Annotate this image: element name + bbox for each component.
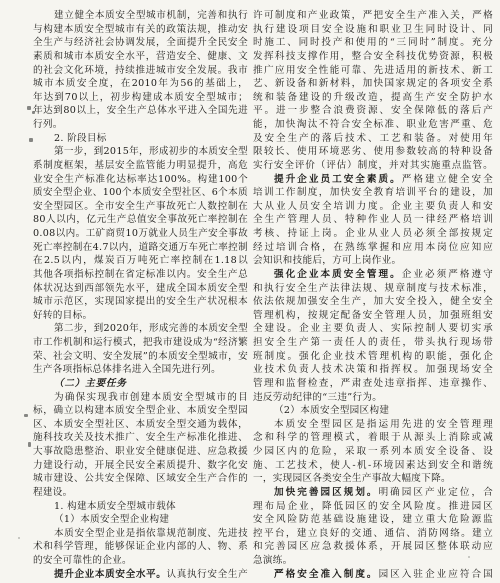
scan-speck: [18, 537, 20, 539]
text-line: 第二步，到2020年，形成完善的本质安全型城: [33, 322, 248, 336]
text-line: 生产各项指标总体排名进入全国先进行列。: [33, 363, 248, 377]
text-line: （1）本质安全型企业构建: [33, 513, 248, 527]
text-line: 2. 阶段目标: [33, 132, 248, 146]
text-line: 行列。: [33, 118, 248, 132]
text-line: 系制度框架，基层安全监管能力明显提升，高危行: [33, 159, 248, 173]
text-line: 标，确立以构建本质安全型企业、本质安全型园: [33, 404, 248, 418]
text-line: 年达到70以上，初步构建成本质安全型城市；2020: [33, 91, 248, 105]
right-text-column: 许可制度和产业政策，严把安全生产准入关，严格执行建设项目安全设施和职业卫生同时设…: [253, 9, 493, 581]
text-line: 本质安全型园区是指运用先进的安全管理理: [253, 418, 493, 432]
text-line: 和完善园区应急救援体系，开展园区整体联动应: [253, 540, 493, 554]
text-line: 发挥科技支撑作用，整合安全科技优势资源，积极: [253, 50, 493, 64]
scan-speck: [24, 414, 28, 417]
text-line: 质安全型企业、100个本质安全型社区、6个本质: [33, 186, 248, 200]
scan-speck: [29, 138, 33, 142]
text-line: 施、工艺技术，使人-机-环境因素达到安全和谐统: [253, 459, 493, 473]
text-line: 力建设行动，开展全民安全素质提升、数字化安全: [33, 459, 248, 473]
text-line: 管理和监督检查，严肃查处违章指挥、违章操作、: [253, 377, 493, 391]
text-line: 违反劳动纪律的“三违”行为。: [253, 391, 493, 405]
text-line: 许可制度和产业政策，严把安全生产准入关，严格: [253, 9, 493, 23]
scanned-document-page: 建立健全本质安全型城市机制，完善和执行与构建本质安全型城市有关的政策法规，推动安…: [0, 0, 500, 583]
text-line: 实行安全评价（评估）制度，并对其实施重点监管。: [253, 159, 493, 173]
text-line: 全生产管理人员、特种作业人员一律经严格培训: [253, 213, 493, 227]
text-line: 城市本质安全度，在2010年为56的基础上，2015: [33, 77, 248, 91]
text-line: 80人以内，亿元生产总值安全事故死亡率控制在: [33, 213, 248, 227]
text-line: 施科技攻关及技术推广、安全生产标准化推进、重: [33, 431, 248, 445]
text-line: 在2.5以内，煤炭百万吨死亡率控制在1.18以内，: [33, 254, 248, 268]
text-line: 大从业人员安全培训力度。企业主要负责人和安: [253, 200, 493, 214]
text-line: 执行建设项目安全设施和职业卫生同时设计、同: [253, 23, 493, 37]
text-line: 本质安全型企业是指依靠规范制度、先进技: [33, 527, 248, 541]
scan-speck: [28, 442, 31, 447]
text-line: 全建设。企业主要负责人、实际控制人要切实承: [253, 322, 493, 336]
text-line: 体状况达到西部领先水平，建成全国本质安全型: [33, 282, 248, 296]
text-line: 急演练。: [253, 554, 493, 568]
text-line: 的安全可靠性的企业。: [33, 554, 248, 568]
text-line: 和执行安全生产法律法规、规章制度与技术标准，: [253, 282, 493, 296]
text-line: 强化企业本质安全管理。企业必须严格遵守: [253, 268, 493, 282]
text-line: 素质和城市本质安全水平，营造安全、健康、文明: [33, 50, 248, 64]
text-line: 担安全生产第一责任人的责任，带头执行现场带: [253, 336, 493, 350]
text-line: 念和科学的管理模式，着眼于从源头上消除或减: [253, 431, 493, 445]
text-line: 业技术负责人技术决策和指挥权。加强现场安全: [253, 363, 493, 377]
text-line: 市工作机制和运行模式，把我市建设成为“经济繁: [33, 336, 248, 350]
scan-speck: [27, 106, 31, 110]
text-line: 提升企业员工安全素质。严格建立健全安全: [253, 173, 493, 187]
text-line: 其他各项指标控制在省定标准以内。安全生产总: [33, 268, 248, 282]
text-line: 经过培训合格，在熟练掌握和应用本岗位应知应: [253, 241, 493, 255]
text-line: 荣、社会文明、安全发展”的本质安全型城市，安全: [33, 350, 248, 364]
scan-speck: [32, 111, 35, 114]
text-line: 时施工、同时投产和使用的“三同时”制度。充分: [253, 36, 493, 50]
text-line: 班制度。强化企业技术管理机构的职能，强化企: [253, 350, 493, 364]
text-line: 大事故隐患整治、职业安全健康促进、应急救援能: [33, 445, 248, 459]
text-line: 依法依规加强安全生产，加大安全投入，健全安全: [253, 295, 493, 309]
text-line: 少园区内的危险，采取一系列本质安全设备、设: [253, 445, 493, 459]
text-line: 提升企业本质安全水平。认真执行安全生产: [33, 568, 248, 582]
text-line: 艺、新设备和新材料，加快国家规定的各项安全系: [253, 77, 493, 91]
text-line: 城市建设、公共安全保障、区域安全生产合作的工: [33, 472, 248, 486]
text-line: 为确保实现我市创建本质安全型城市的目: [33, 391, 248, 405]
text-line: 年达到80以上，安全生产总体水平进入全国先进: [33, 104, 248, 118]
text-line: 平。进一步整合浪费资源、安全保障低的落后产: [253, 104, 493, 118]
text-line: （二）主要任务: [33, 377, 248, 391]
text-line: 第一步，到2015年，形成初步的本质安全型体: [33, 145, 248, 159]
text-line: 好转的目标。: [33, 309, 248, 323]
text-line: 全生产与经济社会协调发展，全面提升全民安全: [33, 36, 248, 50]
text-line: 一，实现园区各类安全生产事故大幅度下降。: [253, 472, 493, 486]
text-line: 1. 构建本质安全型城市载体: [33, 500, 248, 514]
text-line: 区、本质安全型社区、本质安全型交通为载体，实: [33, 418, 248, 432]
text-line: 安全风险防范基础设施建设，建立重大危险源监: [253, 513, 493, 527]
text-line: 统和装备建设的升级改造，提高生产安全防护水: [253, 91, 493, 105]
text-line: （2）本质安全型园区构建: [253, 404, 493, 418]
scan-speck: [468, 556, 470, 558]
text-line: 安全型园区。全市安全生产事故死亡人数控制在: [33, 200, 248, 214]
text-line: 与构建本质安全型城市有关的政策法规，推动安: [33, 23, 248, 37]
text-line: 能，加快淘汰不符合安全标准、职业危害严重、危: [253, 118, 493, 132]
text-line: 培训工作制度，加快安全教育培训平台的建设，加: [253, 186, 493, 200]
text-line: 死亡率控制在4.7以内，道路交通万车死亡率控制: [33, 241, 248, 255]
text-line: 术和科学管理，能够保证企业内部的人、物、系统: [33, 540, 248, 554]
text-line: 考核、持证上岗。企业从业人员必须全部按规定: [253, 227, 493, 241]
text-line: 理布局企业，降低园区的安全风险度。推进园区: [253, 500, 493, 514]
text-line: 加快完善园区规划。明确园区产业定位，合: [253, 486, 493, 500]
text-line: 及安全生产的落后技术、工艺和装备。对使用年: [253, 132, 493, 146]
text-line: 控平台，建立良好的交通、通信、消防网络。建立: [253, 527, 493, 541]
text-line: 建立健全本质安全型城市机制，完善和执行: [33, 9, 248, 23]
text-line: 0.08以内。工矿商贸10万就业人员生产安全事故: [33, 227, 248, 241]
text-line: 城市示范区，实现国家提出的安全生产状况根本: [33, 295, 248, 309]
text-line: 的社会文化环境，持续推进城市安全发展。我市: [33, 64, 248, 78]
text-line: 严格安全准入制度。园区入驻企业应符合国: [253, 568, 493, 582]
text-line: 会知识和技能后，方可上岗作业。: [253, 254, 493, 268]
text-line: 推广应用安全性能可靠、先进适用的新技术、新工: [253, 64, 493, 78]
text-line: 限较长、使用环境恶劣、使用参数较高的特种设备: [253, 145, 493, 159]
text-line: 程建设。: [33, 486, 248, 500]
text-line: 业安全生产标准化达标率达100%。构建100个本: [33, 173, 248, 187]
text-line: 管理机构，按规定配备安全管理人员，加强班组安: [253, 309, 493, 323]
left-text-column: 建立健全本质安全型城市机制，完善和执行与构建本质安全型城市有关的政策法规，推动安…: [33, 9, 248, 581]
